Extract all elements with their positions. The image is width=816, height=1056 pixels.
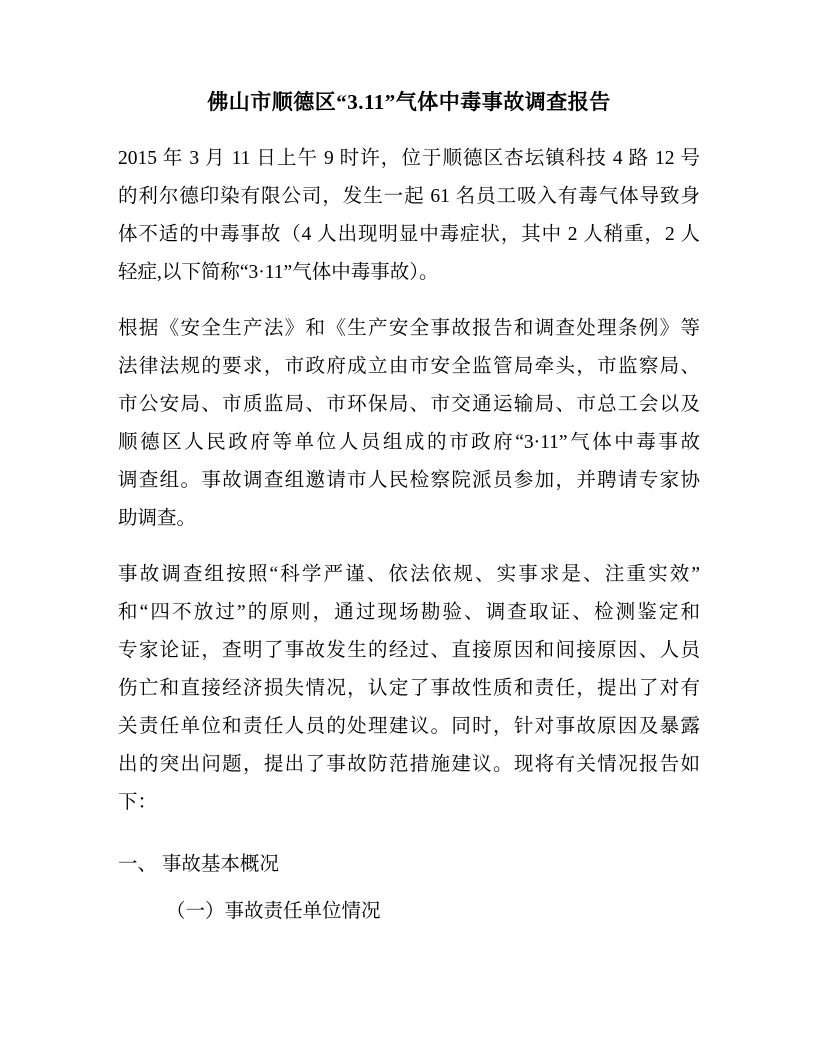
paragraph-line: 的利尔德印染有限公司，发生一起 61 名员工吸入有毒气体导致身 (118, 178, 700, 216)
section-heading-1: 一、 事故基本概况 (118, 846, 700, 884)
paragraph-line: 调查组。事故调查组邀请市人民检察院派员参加，并聘请专家协 (118, 462, 700, 500)
document-title: 佛山市顺德区“3.11”气体中毒事故调查报告 (118, 86, 700, 118)
paragraph-2: 根据《安全生产法》和《生产安全事故报告和调查处理条例》等 法律法规的要求，市政府… (118, 310, 700, 538)
paragraph-line: 下： (118, 784, 700, 822)
paragraph-line: 市公安局、市质监局、市环保局、市交通运输局、市总工会以及 (118, 386, 700, 424)
paragraph-line: 关责任单位和责任人员的处理建议。同时，针对事故原因及暴露 (118, 708, 700, 746)
paragraph-line: 轻症,以下简称“3·11”气体中毒事故）。 (118, 254, 700, 292)
paragraph-line: 根据《安全生产法》和《生产安全事故报告和调查处理条例》等 (118, 310, 700, 348)
paragraph-line: 伤亡和直接经济损失情况，认定了事故性质和责任，提出了对有 (118, 670, 700, 708)
paragraph-1: 2015 年 3 月 11 日上午 9 时许，位于顺德区杏坛镇科技 4 路 12… (118, 140, 700, 292)
paragraph-line: 助调查。 (118, 500, 700, 538)
paragraph-line: 专家论证，查明了事故发生的经过、直接原因和间接原因、人员 (118, 632, 700, 670)
paragraph-line: 法律法规的要求，市政府成立由市安全监管局牵头，市监察局、 (118, 348, 700, 386)
paragraph-line: 体不适的中毒事故（4 人出现明显中毒症状，其中 2 人稍重，2 人 (118, 216, 700, 254)
paragraph-line: 2015 年 3 月 11 日上午 9 时许，位于顺德区杏坛镇科技 4 路 12… (118, 140, 700, 178)
document-page: 佛山市顺德区“3.11”气体中毒事故调查报告 2015 年 3 月 11 日上午… (0, 0, 816, 1056)
document-body: 2015 年 3 月 11 日上午 9 时许，位于顺德区杏坛镇科技 4 路 12… (118, 140, 700, 931)
paragraph-line: 事故调查组按照“科学严谨、依法依规、实事求是、注重实效” (118, 556, 700, 594)
paragraph-3: 事故调查组按照“科学严谨、依法依规、实事求是、注重实效” 和“四不放过”的原则，… (118, 556, 700, 822)
paragraph-line: 和“四不放过”的原则，通过现场勘验、调查取证、检测鉴定和 (118, 594, 700, 632)
section-1-subheading-1: （一）事故责任单位情况 (118, 893, 700, 931)
paragraph-line: 出的突出问题，提出了事故防范措施建议。现将有关情况报告如 (118, 746, 700, 784)
paragraph-line: 顺德区人民政府等单位人员组成的市政府“3·11”气体中毒事故 (118, 424, 700, 462)
